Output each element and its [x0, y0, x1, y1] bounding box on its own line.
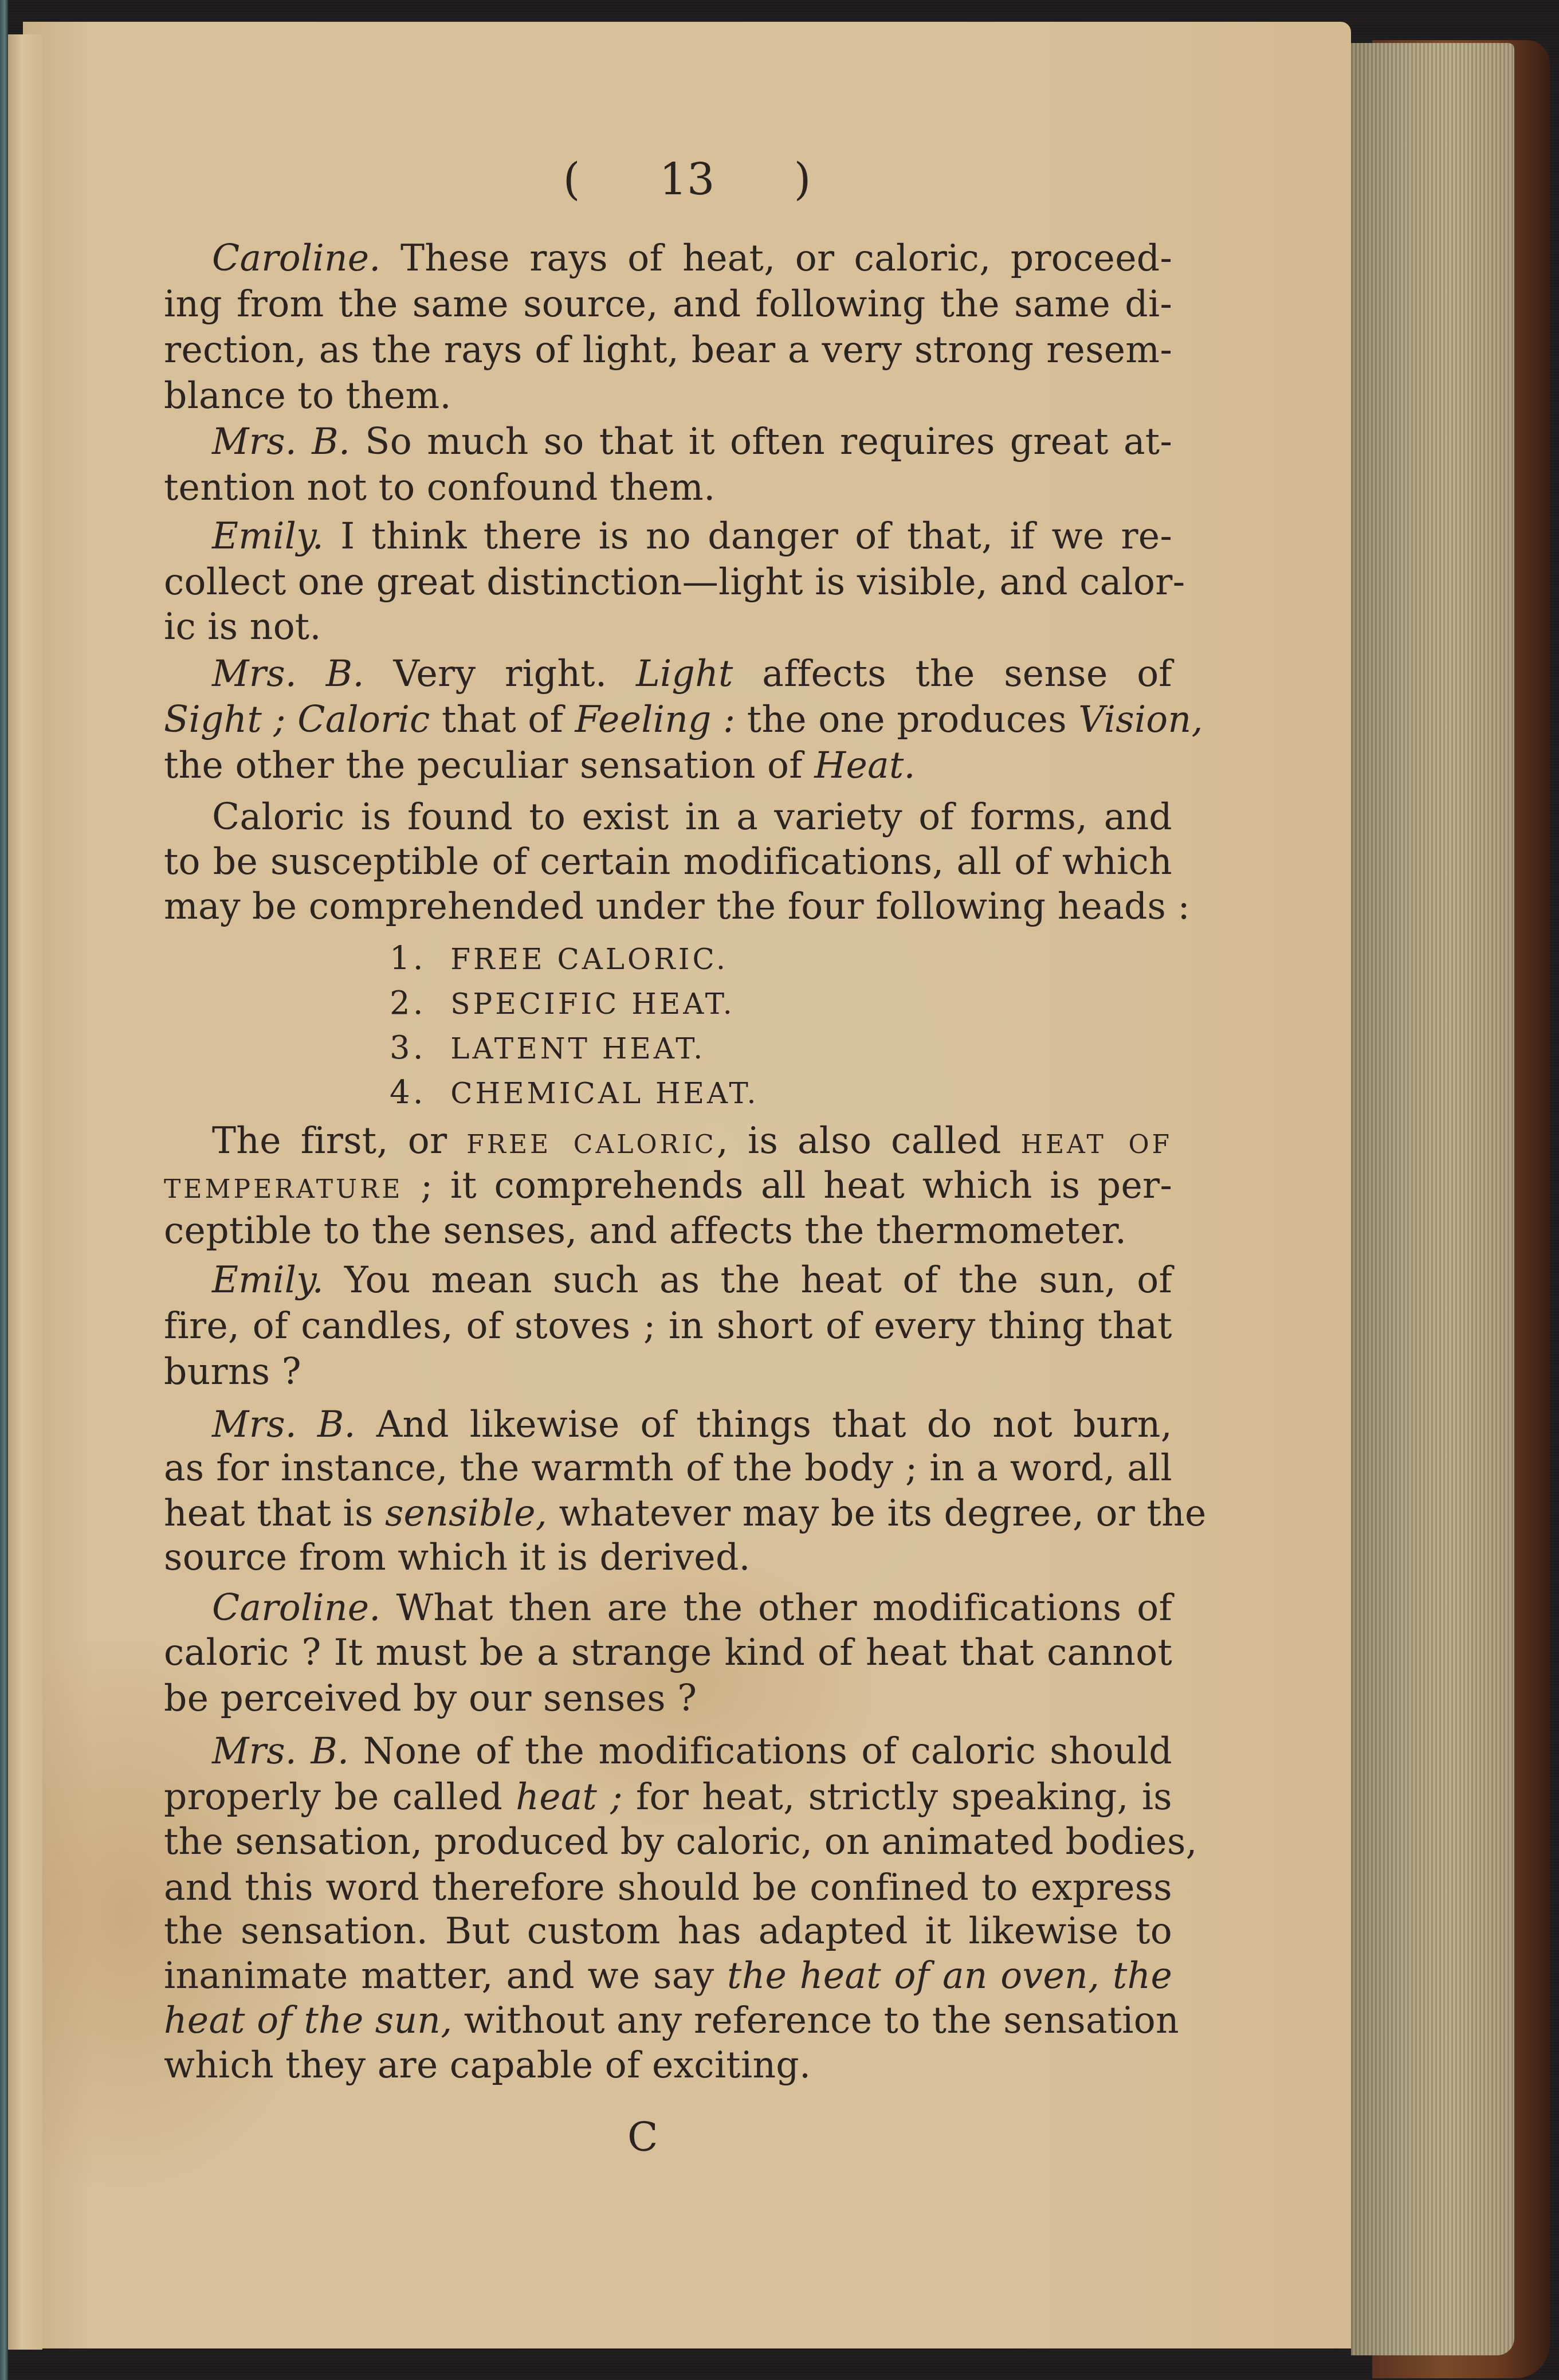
- italic-text: Mrs. B.: [212, 653, 364, 695]
- text-run: which they are capable of exciting.: [164, 2044, 811, 2086]
- text-line: Sight ; Caloric that of Feeling : the on…: [164, 699, 1172, 740]
- text-line: which they are capable of exciting.: [164, 2045, 1172, 2086]
- list-item: 1. FREE CALORIC.: [390, 940, 728, 977]
- text-line: ceptible to the senses, and affects the …: [164, 1210, 1172, 1252]
- text-line: the sensation, produced by caloric, on a…: [164, 1821, 1172, 1863]
- text-line: source from which it is derived.: [164, 1537, 1172, 1578]
- text-run: ceptible to the senses, and affects the …: [164, 1210, 1126, 1252]
- text-run: ic is not.: [164, 606, 321, 648]
- text-run: The first, or: [212, 1120, 466, 1162]
- small-caps-text: free caloric: [466, 1120, 716, 1162]
- page-number: 13: [659, 154, 715, 205]
- italic-text: Sight ; Caloric: [164, 699, 430, 740]
- text-run: burns ?: [164, 1351, 301, 1393]
- page-fore-edge: [1351, 43, 1514, 2355]
- italic-text: sensible,: [385, 1492, 547, 1534]
- header-close-paren: ): [794, 154, 811, 205]
- text-line: Caroline. What then are the other modifi…: [212, 1587, 1172, 1629]
- text-line: ing from the same source, and following …: [164, 284, 1172, 325]
- italic-text: Caroline.: [212, 237, 381, 279]
- italic-text: Mrs. B.: [212, 421, 350, 462]
- text-run: be perceived by our senses ?: [164, 1677, 697, 1719]
- text-line: Caloric is found to exist in a variety o…: [212, 797, 1172, 838]
- text-line: Mrs. B. None of the modifications of cal…: [212, 1731, 1172, 1772]
- text-run: to be susceptible of certain modificatio…: [164, 841, 1172, 883]
- list-label: CHEMICAL HEAT.: [450, 1077, 759, 1110]
- text-run: What then are the other modifications of: [381, 1587, 1172, 1629]
- list-item: 2. SPECIFIC HEAT.: [390, 985, 735, 1022]
- italic-text: heat ;: [516, 1776, 623, 1818]
- text-line: collect one great distinction—light is v…: [164, 562, 1172, 603]
- italic-text: heat of the sun,: [164, 1999, 453, 2041]
- text-line: heat that is sensible, whatever may be i…: [164, 1493, 1172, 1534]
- italic-text: Feeling :: [575, 699, 736, 740]
- text-run: tention not to confound them.: [164, 466, 715, 508]
- text-run: inanimate matter, and we say: [164, 1955, 727, 1997]
- text-run: Very right.: [364, 653, 636, 695]
- text-run: caloric ? It must be a strange kind of h…: [164, 1632, 1172, 1673]
- text-run: And likewise of things that do not burn,: [356, 1403, 1172, 1445]
- italic-text: the heat of an oven, the: [727, 1955, 1172, 1997]
- text-line: Mrs. B. So much so that it often require…: [212, 421, 1172, 462]
- page-number-header: ( 13 ): [23, 154, 1351, 205]
- text-run: the sensation. But custom has adapted it…: [164, 1910, 1172, 1952]
- text-run: source from which it is derived.: [164, 1536, 751, 1578]
- text-line: The first, or free caloric, is also call…: [212, 1120, 1172, 1162]
- text-run: blance to them.: [164, 375, 451, 417]
- text-run: the other the peculiar sensation of: [164, 744, 814, 786]
- text-line: and this word therefore should be confin…: [164, 1867, 1172, 1908]
- text-line: may be comprehended under the four follo…: [164, 886, 1172, 927]
- text-line: tention not to confound them.: [164, 467, 1172, 508]
- text-run: whatever may be its degree, or the: [547, 1492, 1207, 1534]
- text-line: Mrs. B. Very right. Light affects the se…: [212, 653, 1172, 695]
- text-run: that of: [430, 699, 575, 740]
- text-run: , is also called: [717, 1120, 1021, 1162]
- text-run: without any reference to the sensation: [453, 1999, 1179, 2041]
- text-run: None of the modifications of caloric sho…: [349, 1730, 1172, 1772]
- text-line: be perceived by our senses ?: [164, 1678, 1172, 1719]
- text-run: affects the sense of: [733, 653, 1172, 695]
- text-run: fire, of candles, of stoves ; in short o…: [164, 1305, 1172, 1347]
- list-label: SPECIFIC HEAT.: [450, 987, 735, 1021]
- italic-text: Emily.: [212, 1259, 324, 1301]
- text-run: ing from the same source, and following …: [164, 283, 1172, 325]
- text-run: Caloric is found to exist in a variety o…: [212, 796, 1172, 838]
- text-line: blance to them.: [164, 375, 1172, 417]
- text-line: as for instance, the warmth of the body …: [164, 1448, 1172, 1489]
- italic-text: Light: [636, 653, 733, 695]
- text-run: properly be called: [164, 1776, 516, 1818]
- text-run: as for instance, the warmth of the body …: [164, 1447, 1172, 1489]
- text-line: Caroline. These rays of heat, or caloric…: [212, 238, 1172, 279]
- text-line: heat of the sun, without any reference t…: [164, 2000, 1172, 2041]
- left-scan-edge: [0, 0, 8, 2380]
- text-line: to be susceptible of certain modificatio…: [164, 841, 1172, 883]
- signature-mark: C: [627, 2114, 658, 2161]
- text-run: the one produces: [736, 699, 1079, 740]
- list-number: 1.: [390, 940, 439, 977]
- italic-text: Caroline.: [212, 1587, 381, 1629]
- list-label: LATENT HEAT.: [450, 1032, 705, 1065]
- text-run: heat that is: [164, 1492, 385, 1534]
- binding-gutter: [8, 34, 42, 2350]
- text-run: collect one great distinction—light is v…: [164, 561, 1185, 603]
- text-line: properly be called heat ; for heat, stri…: [164, 1777, 1172, 1818]
- text-run: the sensation, produced by caloric, on a…: [164, 1821, 1197, 1863]
- book-page: ( 13 ) Caroline. These rays of heat, or …: [23, 22, 1351, 2348]
- text-run: and this word therefore should be confin…: [164, 1867, 1172, 1908]
- list-item: 3. LATENT HEAT.: [390, 1029, 705, 1067]
- text-line: the other the peculiar sensation of Heat…: [164, 745, 1172, 786]
- text-line: the sensation. But custom has adapted it…: [164, 1911, 1172, 1952]
- text-line: burns ?: [164, 1351, 1172, 1393]
- list-number: 2.: [390, 985, 439, 1022]
- text-run: You mean such as the heat of the sun, of: [324, 1259, 1172, 1301]
- text-run: rection, as the rays of light, bear a ve…: [164, 329, 1172, 371]
- italic-text: Heat.: [814, 744, 916, 786]
- text-run: These rays of heat, or caloric, proceed-: [381, 237, 1172, 279]
- text-line: rection, as the rays of light, bear a ve…: [164, 330, 1172, 371]
- text-line: caloric ? It must be a strange kind of h…: [164, 1632, 1172, 1673]
- list-label: FREE CALORIC.: [450, 943, 728, 976]
- list-number: 3.: [390, 1029, 439, 1067]
- small-caps-text: temperature: [164, 1164, 403, 1206]
- text-line: temperature ; it comprehends all heat wh…: [164, 1165, 1172, 1206]
- text-line: fire, of candles, of stoves ; in short o…: [164, 1305, 1172, 1347]
- list-number: 4.: [390, 1074, 439, 1111]
- text-run: for heat, strictly speaking, is: [623, 1776, 1172, 1818]
- italic-text: Vision,: [1078, 699, 1203, 740]
- text-line: Mrs. B. And likewise of things that do n…: [212, 1404, 1172, 1445]
- italic-text: Mrs. B.: [212, 1403, 356, 1445]
- text-line: inanimate matter, and we say the heat of…: [164, 1955, 1172, 1997]
- italic-text: Emily.: [212, 515, 324, 557]
- list-item: 4. CHEMICAL HEAT.: [390, 1074, 759, 1111]
- text-run: I think there is no danger of that, if w…: [324, 515, 1172, 557]
- text-run: So much so that it often requires great …: [350, 421, 1172, 462]
- text-run: ; it comprehends all heat which is per-: [403, 1164, 1172, 1206]
- header-open-paren: (: [563, 154, 580, 205]
- text-line: ic is not.: [164, 606, 1172, 648]
- text-run: may be comprehended under the four follo…: [164, 885, 1190, 927]
- small-caps-text: heat of: [1021, 1120, 1172, 1162]
- text-line: Emily. You mean such as the heat of the …: [212, 1260, 1172, 1301]
- text-line: Emily. I think there is no danger of tha…: [212, 516, 1172, 557]
- italic-text: Mrs. B.: [212, 1730, 349, 1772]
